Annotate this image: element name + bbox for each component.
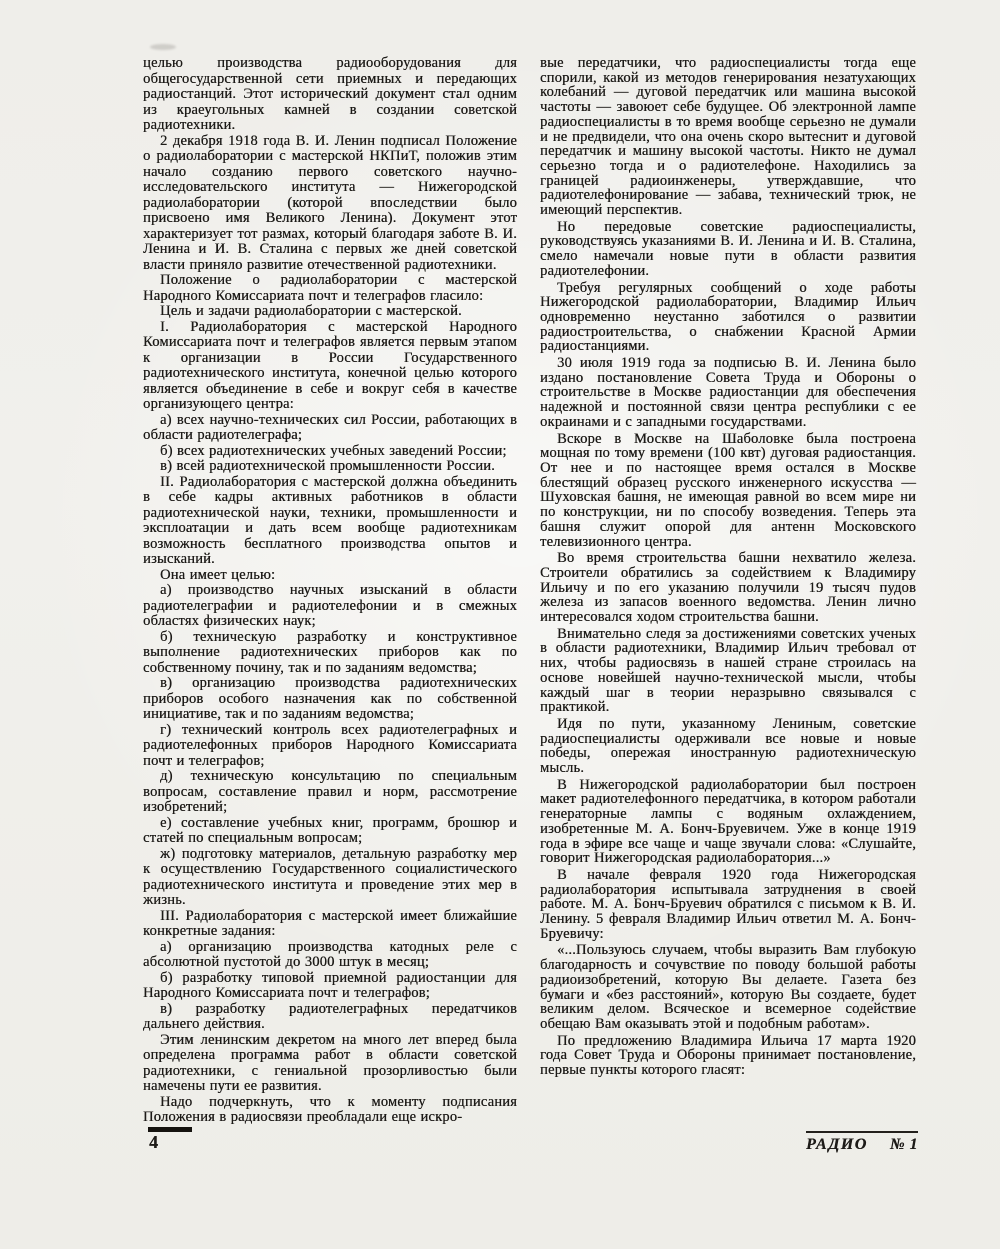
paragraph: В Нижегородской радиолаборатории был пос… bbox=[540, 778, 916, 866]
paragraph: Положение о радиолаборатории с мастерско… bbox=[143, 273, 517, 304]
paragraph: Требуя регулярных сообщений о ходе работ… bbox=[540, 281, 916, 355]
paragraph: Надо подчеркнуть, что к моменту подписан… bbox=[143, 1095, 517, 1126]
paragraph: В начале февраля 1920 года Нижегородская… bbox=[540, 868, 916, 942]
paragraph: вые передатчики, что радиоспециалисты то… bbox=[540, 56, 916, 218]
list-item-b: б) техническую разработку и конструктивн… bbox=[143, 630, 517, 677]
paragraph-quote: «...Пользуюсь случаем, чтобы выразить Ва… bbox=[540, 943, 916, 1031]
scan-smudge bbox=[150, 44, 176, 50]
paragraph: 30 июля 1919 года за подписью В. И. Лени… bbox=[540, 356, 916, 430]
paragraph: Внимательно следя за достижениями советс… bbox=[540, 627, 916, 715]
paragraph-section-ii: II. Радиолаборатория с мастерской должна… bbox=[143, 475, 517, 568]
list-item-zh: ж) подготовку материалов, детальную разр… bbox=[143, 847, 517, 909]
list-item-v: в) разработку радиотелеграфных передатчи… bbox=[143, 1002, 517, 1033]
paragraph: целью производства радиооборудования для… bbox=[143, 56, 517, 134]
list-item-b: б) всех радиотехнических учебных заведен… bbox=[143, 444, 517, 460]
right-column: вые передатчики, что радиоспециалисты то… bbox=[540, 56, 916, 1078]
list-item-b: б) разработку типовой приемной радиостан… bbox=[143, 971, 517, 1002]
paragraph: Идя по пути, указанному Лениным, советск… bbox=[540, 717, 916, 776]
page-number: 4 bbox=[149, 1132, 159, 1153]
left-column: целью производства радиооборудования для… bbox=[143, 56, 517, 1126]
list-item-g: г) технический контроль всех радиотелегр… bbox=[143, 723, 517, 770]
magazine-issue-number: № 1 bbox=[890, 1136, 918, 1154]
magazine-footer: РАДИО № 1 bbox=[806, 1136, 918, 1154]
magazine-name: РАДИО bbox=[806, 1136, 868, 1154]
paragraph: По предложению Владимира Ильича 17 марта… bbox=[540, 1034, 916, 1078]
paragraph: Вскоре в Москве на Шаболовке была постро… bbox=[540, 432, 916, 550]
list-item-d: д) техническую консультацию по специальн… bbox=[143, 769, 517, 816]
list-item-a: а) организацию производства катодных рел… bbox=[143, 940, 517, 971]
magazine-footer-rule bbox=[806, 1131, 918, 1133]
list-item-a: а) всех научно-технических сил России, р… bbox=[143, 413, 517, 444]
paragraph: Она имеет целью: bbox=[143, 568, 517, 584]
paragraph-section-i: I. Радиолаборатория с мастерской Народно… bbox=[143, 320, 517, 413]
paragraph: Но передовые советские радиоспециалисты,… bbox=[540, 220, 916, 279]
magazine-page-scan: целью производства радиооборудования для… bbox=[0, 0, 1000, 1249]
list-item-v: в) организацию производства радиотехниче… bbox=[143, 676, 517, 723]
paragraph: 2 декабря 1918 года В. И. Ленин подписал… bbox=[143, 134, 517, 274]
list-item-e: е) составление учебных книг, программ, б… bbox=[143, 816, 517, 847]
list-item-v: в) всей радиотехнической промышленности … bbox=[143, 459, 517, 475]
paragraph: Во время строительства башни нехватило ж… bbox=[540, 551, 916, 625]
list-item-a: а) производство научных изысканий в обла… bbox=[143, 583, 517, 630]
paragraph: Этим ленинским декретом на много лет впе… bbox=[143, 1033, 517, 1095]
paragraph: Цель и задачи радиолаборатории с мастерс… bbox=[143, 304, 517, 320]
paragraph-section-iii: III. Радиолаборатория с мастерской имеет… bbox=[143, 909, 517, 940]
